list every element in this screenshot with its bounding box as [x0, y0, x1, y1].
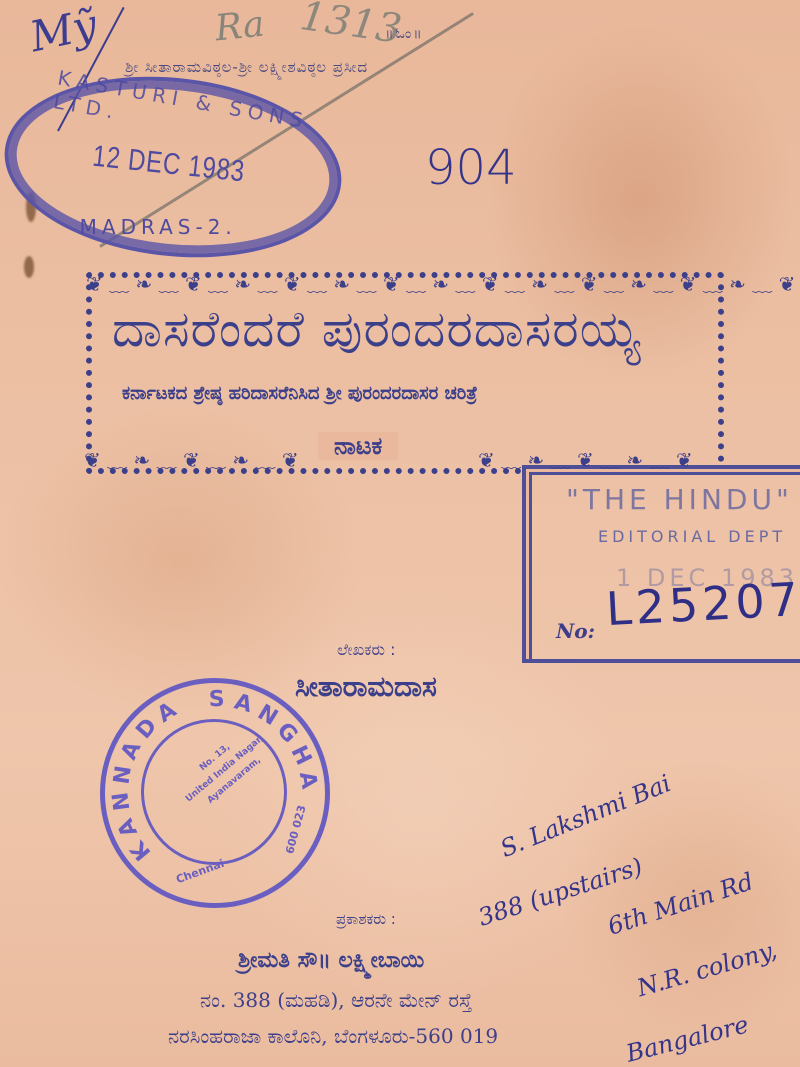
book-title: ದಾಸರೆಂದರೆ ಪುರಂದರದಾಸರಯ್ಯ: [112, 300, 641, 359]
stamp-date: 12 DEC 1983: [91, 140, 247, 190]
stamp-newspaper: "THE HINDU": [566, 483, 793, 516]
publisher-name: ಶ್ರೀಮತಿ ಸೌ॥ ಲಕ್ಷ್ಮೀಬಾಯಿ: [238, 948, 424, 973]
the-hindu-stamp: "THE HINDU" EDITORIAL DEPT 1 DEC 1983 No…: [522, 465, 800, 663]
book-subtitle: ಕರ್ನಾಟಕದ ಶ್ರೇಷ್ಠ ಹರಿದಾಸರೆನಿಸಿದ ಶ್ರೀ ಪುರಂ…: [122, 383, 477, 404]
stamp-department: EDITORIAL DEPT: [598, 527, 786, 546]
publisher-label: ಪ್ರಕಾಶಕರು :: [336, 910, 396, 928]
stamp-number-value: L25207: [605, 572, 800, 636]
vine-ornament-top: ❦ ﹏ ❧ ﹏ ❦ ﹏ ❧ ﹏ ❦ ﹏ ❧ ﹏ ❦ ﹏ ❧ ﹏ ❦ ﹏ ❧ ﹏ …: [86, 268, 795, 297]
stamp-city: MADRAS-2.: [80, 215, 237, 239]
author-label: ಲೇಖಕರು :: [337, 640, 396, 660]
stain: [24, 256, 34, 278]
vine-ornament-bottom-right: ❦ ﹏ ❧ ﹏ ❦ ﹏ ❧ ﹏ ❦: [478, 444, 693, 473]
invocation: ॥ಓಂ॥: [385, 26, 424, 42]
vine-ornament-bottom-left: ❦ ﹏ ❧ ﹏ ❦ ﹏ ❧ ﹏ ❦: [84, 444, 299, 473]
pencil-scribble: Ra: [213, 4, 266, 50]
stamp-number-label: No:: [556, 619, 595, 643]
catalog-number: 904: [425, 140, 517, 196]
book-genre: ನಾಟಕ: [318, 432, 398, 460]
handwritten-address: S. Lakshmi Bai 388 (upstairs) 6th Main R…: [475, 740, 800, 1067]
blessing-line: ಶ್ರೀ ಸೀತಾರಾಮವಿಠ್ಠಲ-ಶ್ರೀ ಲಕ್ಷ್ಮೀಶವಿಠ್ಠಲ ಪ…: [125, 58, 368, 76]
kannada-sangha-stamp: KANNADA SANGHA No. 13, United India Naga…: [100, 678, 330, 908]
publisher-address-line1: ನಂ. 388 (ಮಹಡಿ), ಆರನೇ ಮೇನ್ ರಸ್ತೆ: [200, 988, 472, 1012]
publisher-address-line2: ನರಸಿಂಹರಾಜಾ ಕಾಲೊನಿ, ಬೆಂಗಳೂರು-560 019: [168, 1024, 498, 1048]
